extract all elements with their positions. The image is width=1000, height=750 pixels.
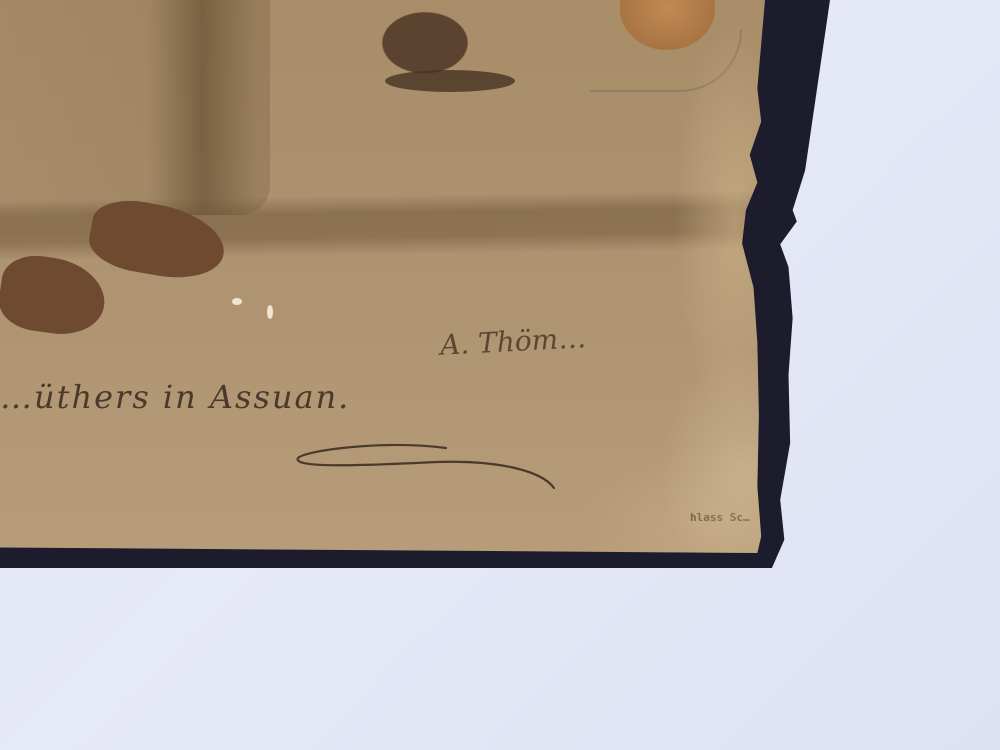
robed-figure-lower — [0, 0, 270, 215]
artist-signature: A. Thöm… — [439, 321, 587, 362]
handwritten-caption: …üthers in Assuan. — [0, 378, 350, 416]
signature-flourish — [296, 440, 556, 490]
seated-figure-shadow — [385, 70, 515, 92]
paint-speck — [232, 298, 242, 305]
sandaled-foot — [85, 194, 230, 286]
photo-scene: …üthers in Assuan. A. Thöm… hlass Sc… — [0, 0, 1000, 750]
paint-speck — [267, 305, 273, 319]
clay-vessel — [620, 0, 715, 50]
pencil-sketch-line — [590, 30, 742, 92]
seated-figure — [365, 0, 515, 95]
watercolor-paper: …üthers in Assuan. A. Thöm… hlass Sc… — [0, 0, 765, 553]
paper-maker-stamp: hlass Sc… — [690, 511, 750, 524]
sandaled-foot — [0, 251, 110, 340]
floor-shadow-wash — [0, 190, 760, 261]
